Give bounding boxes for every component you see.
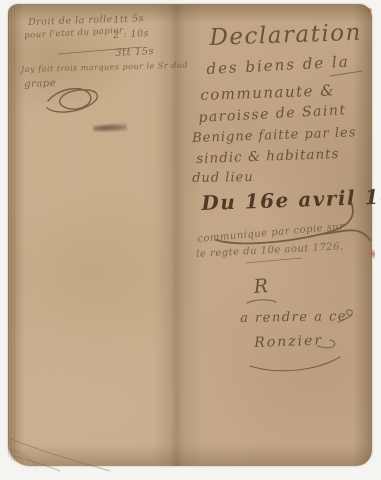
fee-line-1-amount: 1tt 5s [113, 13, 144, 26]
title-line-declaration: Declaration [209, 20, 362, 51]
red-edge-dot [367, 8, 372, 12]
initial-r: R [253, 275, 269, 298]
memo-note-line-2: grape [24, 78, 56, 90]
fee-line-2-amount: 2 : 10s [113, 28, 149, 41]
fee-total-amount: 3tt 15s [115, 46, 154, 59]
red-edge-mark [371, 246, 375, 262]
manuscript-page [8, 4, 372, 466]
closing-line-1: a rendre a ce [240, 309, 347, 326]
signature-ronzier: Ronzier [254, 333, 323, 351]
book-sheet-edge [8, 6, 17, 462]
scan-background: Droit de la rolle 1tt 5s pour l'etat du … [0, 0, 381, 480]
title-line-7: dud lieu [192, 170, 254, 186]
